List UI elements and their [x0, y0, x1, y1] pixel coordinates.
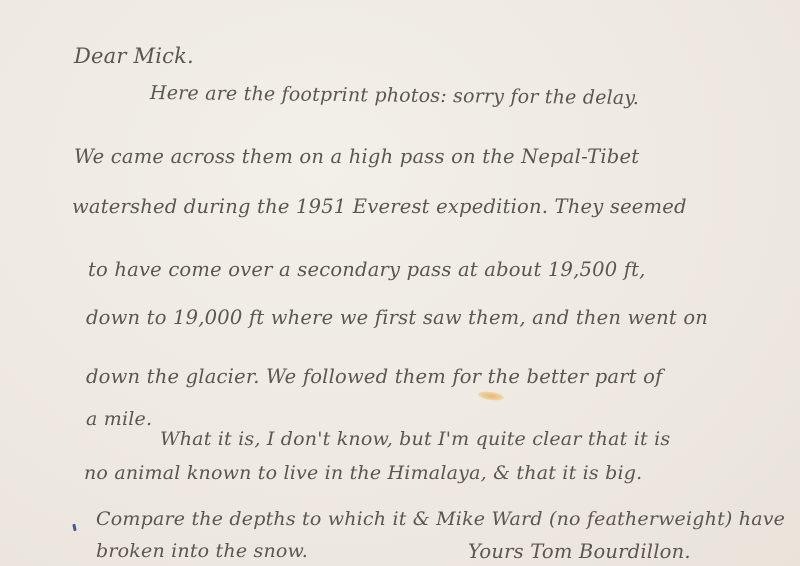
letter-line-5: down to 19,000 ft where we first saw the… — [86, 306, 708, 329]
letter-line-4: to have come over a secondary pass at ab… — [88, 258, 646, 281]
ink-mark — [72, 524, 76, 531]
letter-line-9: no animal known to live in the Himalaya,… — [84, 462, 642, 484]
letter-line-10: Compare the depths to which it & Mike Wa… — [96, 508, 785, 530]
letter-line-8: What it is, I don't know, but I'm quite … — [160, 428, 670, 450]
letter-line-7: a mile. — [86, 408, 152, 430]
paper-stain — [478, 390, 505, 402]
letter-line-6: down the glacier. We followed them for t… — [86, 365, 663, 388]
salutation: Dear Mick. — [74, 44, 194, 68]
letter-page: Dear Mick. Here are the footprint photos… — [0, 0, 800, 566]
letter-line-2: We came across them on a high pass on th… — [74, 145, 639, 168]
letter-line-3: watershed during the 1951 Everest expedi… — [72, 195, 687, 218]
signature: Yours Tom Bourdillon. — [468, 540, 691, 563]
letter-line-1: Here are the footprint photos: sorry for… — [150, 82, 639, 109]
letter-line-11: broken into the snow. — [96, 540, 308, 562]
